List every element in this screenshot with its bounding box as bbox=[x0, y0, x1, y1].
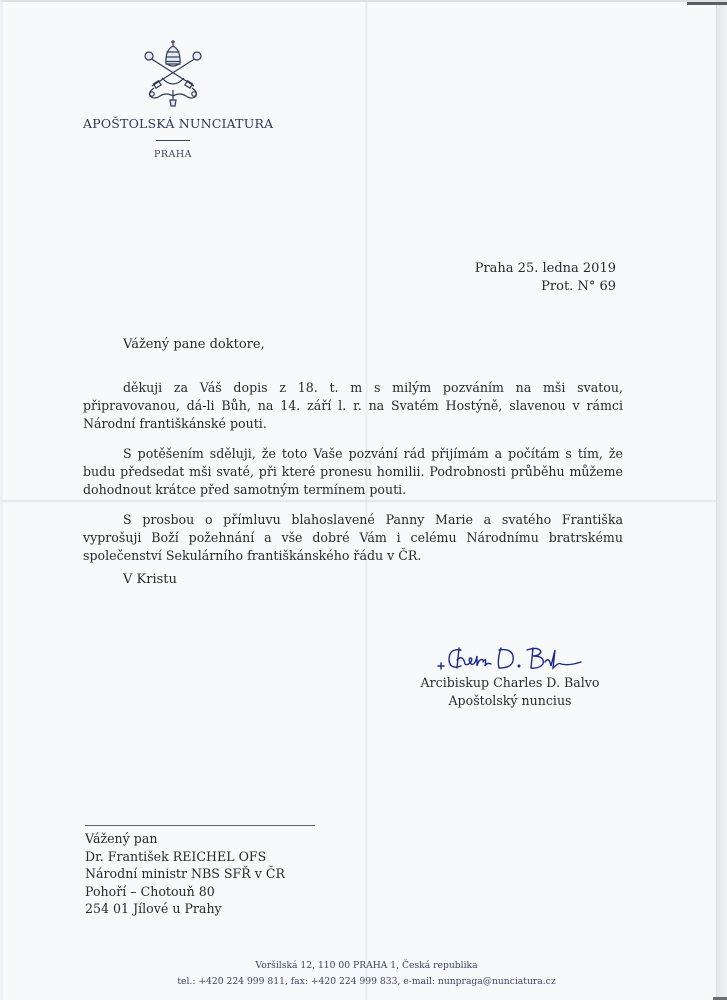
paper-right-edge bbox=[716, 2, 727, 1000]
address-line: Národní ministr NBS SFŘ v ČR bbox=[85, 865, 285, 883]
footer-address: Voršilská 12, 110 00 PRAHA 1, Česká repu… bbox=[3, 958, 727, 974]
organization-city: PRAHA bbox=[83, 149, 263, 160]
body-paragraph: děkuji za Váš dopis z 18. t. m s milým p… bbox=[83, 379, 623, 433]
organization-name: APOŠTOLSKÁ NUNCIATURA bbox=[83, 116, 263, 131]
date-block: Praha 25. ledna 2019 Prot. N° 69 bbox=[475, 260, 616, 296]
letterhead-divider bbox=[156, 140, 190, 141]
recipient-address: Vážený pan Dr. František REICHEL OFS Nár… bbox=[85, 830, 285, 918]
closing: V Kristu bbox=[123, 571, 177, 589]
papal-coat-of-arms-icon bbox=[140, 38, 206, 110]
protocol-number: Prot. N° 69 bbox=[475, 278, 616, 296]
signer-name: Arcibiskup Charles D. Balvo bbox=[420, 674, 600, 692]
body-paragraph: S potěšením sděluji, že toto Vaše pozván… bbox=[83, 445, 623, 499]
address-line: 254 01 Jílové u Prahy bbox=[85, 900, 285, 918]
address-divider bbox=[85, 825, 315, 826]
address-line: Dr. František REICHEL OFS bbox=[85, 848, 285, 866]
salutation: Vážený pane doktore, bbox=[123, 336, 265, 354]
letterhead-footer: Voršilská 12, 110 00 PRAHA 1, Česká repu… bbox=[3, 958, 727, 990]
letterhead: APOŠTOLSKÁ NUNCIATURA PRAHA bbox=[83, 38, 263, 160]
letter-page: APOŠTOLSKÁ NUNCIATURA PRAHA Praha 25. le… bbox=[0, 0, 727, 1000]
body-paragraph: S prosbou o přímluvu blahoslavené Panny … bbox=[83, 511, 623, 565]
signer-title: Apoštolský nuncius bbox=[420, 692, 600, 710]
scan-edge-shadow bbox=[687, 2, 727, 5]
handwritten-signature: + Charles D. Balvo bbox=[435, 642, 585, 676]
signer-block: Arcibiskup Charles D. Balvo Apoštolský n… bbox=[420, 674, 600, 710]
footer-contact: tel.: +420 224 999 811, fax: +420 224 99… bbox=[3, 974, 727, 990]
address-line: Pohoří – Chotouň 80 bbox=[85, 883, 285, 901]
letter-date: Praha 25. ledna 2019 bbox=[475, 260, 616, 278]
horizontal-fold-crease bbox=[3, 499, 727, 503]
address-line: Vážený pan bbox=[85, 830, 285, 848]
